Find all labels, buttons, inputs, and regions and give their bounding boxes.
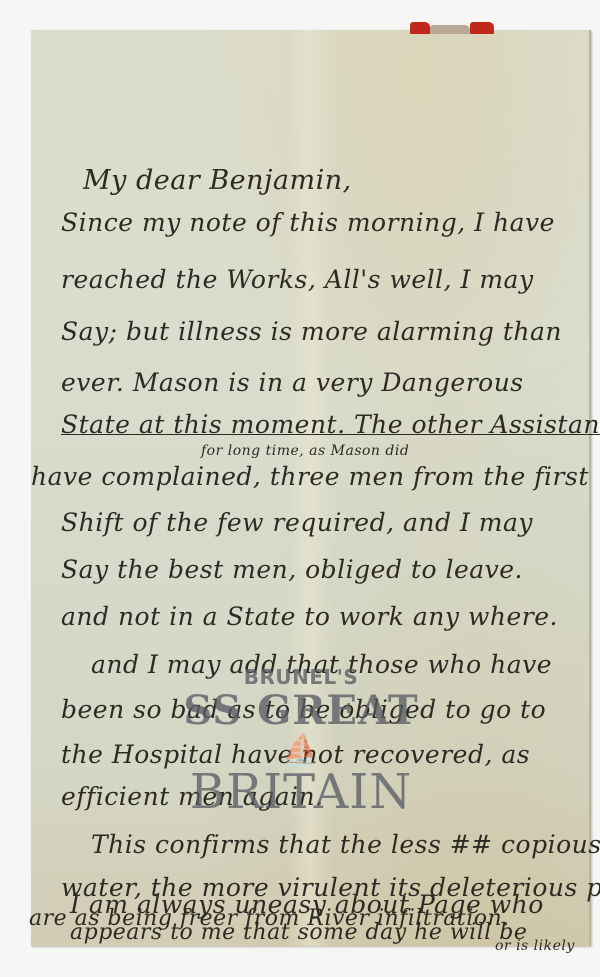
letter-paper: My dear Benjamin, Since my note of this … [31,30,591,946]
letter-line-19: or is likely [495,938,575,954]
salutation: My dear Benjamin, [83,165,352,196]
letter-line-1: Since my note of this morning, I have [61,208,555,237]
letter-line-4: ever. Mason is in a very Dangerous [61,368,524,397]
letter-line-11: been so bad as to be obliged to go to [61,695,546,724]
wax-seal-fragment [410,22,430,34]
letter-line-10: and I may add that those who have [91,650,552,679]
letter-line-13: efficient men again. [61,782,324,811]
letter-line-2: reached the Works, All's well, I may [61,265,534,294]
wax-seal-fragment [430,25,470,34]
letter-line-12: the Hospital have not recovered, as [61,740,530,769]
letter-line-7: Shift of the few required, and I may [61,508,533,537]
letter-line-18: appears to me that some day he will be [70,920,527,945]
interlinear-insertion: for long time, as Mason did [201,443,409,459]
letter-line-9: and not in a State to work any where. [61,602,558,631]
letter-line-6: have complained, three men from the firs… [31,462,589,491]
letter-line-14: This confirms that the less ## copious, … [91,830,600,859]
letter-line-17: I am always uneasy about Page who [70,890,544,919]
letter-line-3: Say; but illness is more alarming than [61,317,562,346]
wax-seal-fragment [470,22,494,34]
letter-line-8: Say the best men, obliged to leave. [61,555,523,584]
letter-line-5: State at this moment. The other Assistan… [61,410,600,439]
